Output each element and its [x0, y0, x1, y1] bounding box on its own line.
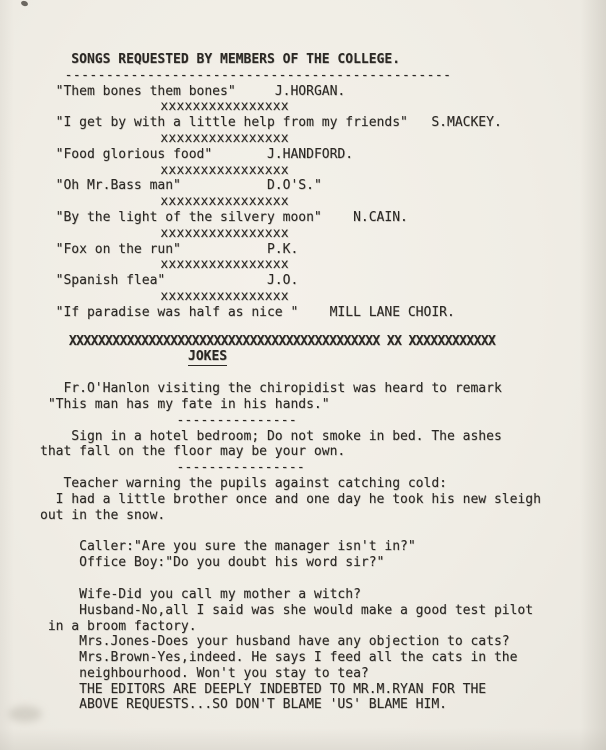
joke-line: Caller:"Are you sure the manager isn't i… [40, 539, 606, 555]
song-gap [298, 305, 329, 320]
joke-line: Teacher warning the pupils against catch… [40, 476, 606, 492]
scan-speck [20, 0, 28, 7]
joke-line: that fall on the floor may be your own. [40, 444, 606, 460]
joke-line: Wife-Did you call my mother a witch? [40, 587, 606, 603]
song-gap [236, 84, 275, 99]
song-gap [322, 210, 353, 225]
song-title: "Fox on the run" [40, 242, 181, 257]
joke-line: I had a little brother once and one day … [40, 492, 606, 508]
xxx-separator: xxxxxxxxxxxxxxxx [40, 131, 606, 147]
title-rule: ----------------------------------------… [40, 68, 606, 84]
song-title: "Spanish flea" [40, 273, 165, 288]
xxx-separator: xxxxxxxxxxxxxxxx [40, 257, 606, 273]
xxx-separator: xxxxxxxxxxxxxxxx [40, 99, 606, 115]
song-line: "If paradise was half as nice " MILL LAN… [40, 305, 606, 321]
joke-line: Husband-No,all I said was she would make… [40, 603, 606, 619]
requester-name: J.HANDFORD. [267, 147, 353, 162]
joke-line: Mrs.Brown-Yes,indeed. He says I feed all… [40, 650, 606, 666]
xxx-separator: xxxxxxxxxxxxxxxx [40, 226, 606, 242]
doc-title: SONGS REQUESTED BY MEMBERS OF THE COLLEG… [40, 52, 606, 68]
song-gap [181, 178, 267, 193]
joke-separator: ---------------- [40, 460, 606, 476]
joke-line: Mrs.Jones-Does your husband have any obj… [40, 634, 606, 650]
song-line: "I get by with a little help from my fri… [40, 115, 606, 131]
song-gap [212, 147, 267, 162]
joke-line: Sign in a hotel bedroom; Do not smoke in… [40, 429, 606, 445]
jokes-heading-text: JOKES [188, 349, 227, 366]
requester-name: D.O'S." [267, 178, 322, 193]
joke-separator: --------------- [40, 413, 606, 429]
song-gap [165, 273, 267, 288]
song-line: "Oh Mr.Bass man" D.O'S." [40, 178, 606, 194]
song-line: "Food glorious food" J.HANDFORD. [40, 147, 606, 163]
requester-name: MILL LANE CHOIR. [330, 305, 455, 320]
joke-line: ABOVE REQUESTS...SO DON'T BLAME 'US' BLA… [40, 697, 606, 713]
jokes-banner: XXXXXXXXXXXXXXXXXXXXXXXXXXXXXXXXXXXXXXXX… [40, 334, 606, 350]
song-line: "Them bones them bones" J.HORGAN. [40, 84, 606, 100]
joke-line: Fr.O'Hanlon visiting the chiropidist was… [40, 381, 606, 397]
song-line: "By the light of the silvery moon" N.CAI… [40, 210, 606, 226]
joke-line: "This man has my fate in his hands." [40, 397, 606, 413]
song-gap [408, 115, 431, 130]
jokes-heading: JOKES [40, 349, 606, 365]
xxx-separator: xxxxxxxxxxxxxxxx [40, 163, 606, 179]
xxx-separator: xxxxxxxxxxxxxxxx [40, 289, 606, 305]
requester-name: J.O. [267, 273, 298, 288]
song-title: "Oh Mr.Bass man" [40, 178, 181, 193]
xxx-separator: xxxxxxxxxxxxxxxx [40, 194, 606, 210]
song-line: "Fox on the run" P.K. [40, 242, 606, 258]
requester-name: P.K. [267, 242, 298, 257]
joke-line: THE EDITORS ARE DEEPLY INDEBTED TO MR.M.… [40, 682, 606, 698]
joke-line: in a broom factory. [40, 619, 606, 635]
joke-line: neighbourhood. Won't you stay to tea? [40, 666, 606, 682]
song-line: "Spanish flea" J.O. [40, 273, 606, 289]
joke-line: Office Boy:"Do you doubt his word sir?" [40, 555, 606, 571]
song-title: "Food glorious food" [40, 147, 212, 162]
song-title: "By the light of the silvery moon" [40, 210, 322, 225]
document-page: SONGS REQUESTED BY MEMBERS OF THE COLLEG… [0, 0, 606, 750]
joke-line: out in the snow. [40, 508, 606, 524]
requester-name: S.MACKEY. [431, 115, 501, 130]
song-title: "Them bones them bones" [40, 84, 236, 99]
requester-name: J.HORGAN. [275, 84, 345, 99]
song-gap [181, 242, 267, 257]
requester-name: N.CAIN. [353, 210, 408, 225]
song-title: "If paradise was half as nice " [40, 305, 298, 320]
song-title: "I get by with a little help from my fri… [40, 115, 408, 130]
scan-smudge [8, 706, 42, 722]
